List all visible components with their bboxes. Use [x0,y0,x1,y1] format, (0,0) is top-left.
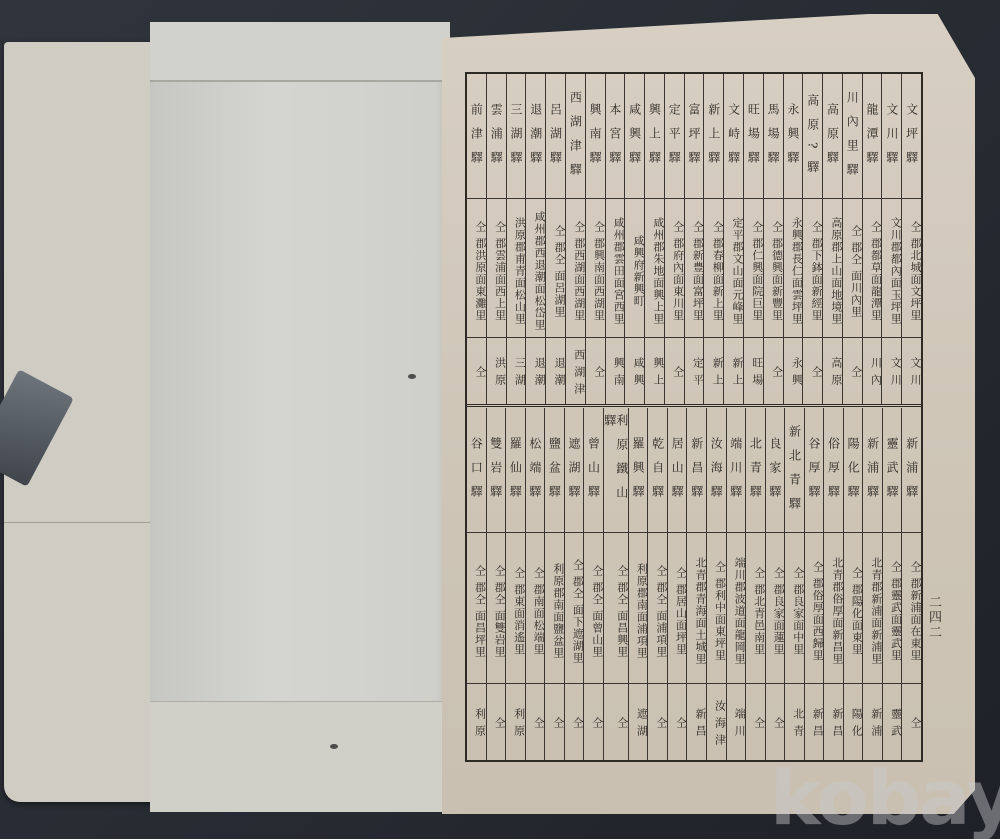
table-column: 旺場驛仝 郡仁興面院巨里旺場 [743,74,763,404]
table-top-section: 文坪驛仝 郡北城面文坪里文川文川驛文川郡都內面玉坪里文川龍潭驛仝 郡都草面龍潭里… [467,74,921,407]
station-remark: 新昌 [687,683,706,760]
station-name: 鹽盆驛 [548,408,560,532]
table-column: 谷口驛仝 郡仝 面昌坪里利原 [467,408,486,760]
ink-spot [330,744,338,749]
station-name: 新上驛 [708,74,720,198]
station-address: 仝 郡新浦面在東里 [902,532,921,683]
table-column: 新上驛仝 郡春柳面新上里新上 [703,74,723,404]
station-name: 前津驛 [470,74,482,198]
station-name: 西湖津驛 [569,74,581,198]
station-name: 富坪驛 [688,74,700,198]
table-column: 西湖津驛仝 郡西湖面西湖里西湖津 [565,74,585,404]
table-column: 新浦驛仝 郡新浦面在東里仝 [901,408,921,760]
table-column: 利原鐵山驛仝 郡仝 面昌興里仝 [603,408,628,760]
watermark: kobay [770,760,1000,836]
station-name: 咸興驛 [629,74,641,198]
table-column: 靈武驛仝 郡靈武面靈武里靈武 [882,408,902,760]
station-name: 雙岩驛 [490,408,502,532]
station-address: 仝 郡德興面新豐里 [764,198,783,337]
station-address: 仝 郡南面松端里 [526,532,545,683]
station-remark: 新昌 [805,683,824,760]
table-column: 谷厚驛仝 郡俗厚面西歸里新昌 [804,408,824,760]
station-name: 文川驛 [886,74,898,198]
station-remark: 仝 [902,683,921,760]
station-name: 雲浦驛 [490,74,502,198]
station-name: 陽化驛 [847,408,859,532]
table-column: 永興驛永興郡長仁面雲坪里永興 [783,74,803,404]
station-address: 定平郡文山面元峰里 [724,198,743,337]
station-address: 仝 郡仝 面昌興里 [604,532,628,683]
station-remark: 遮湖 [629,683,648,760]
station-remark: 靈武 [883,683,902,760]
station-name: 新浦驛 [906,408,918,532]
station-remark: 旺場 [744,337,763,404]
table-column: 新昌驛北青郡青海面土城里新昌 [686,408,706,760]
station-name: 俗厚驛 [828,408,840,532]
station-name: 三湖驛 [510,74,522,198]
station-address: 咸興府新興町 [625,198,644,337]
station-address: 仝 郡仝 面浦項里 [648,532,667,683]
station-address: 仝 郡仝 面雙岩里 [487,532,506,683]
station-remark: 仝 [467,337,486,404]
station-address: 仝 郡仁興面院巨里 [744,198,763,337]
station-address: 仝 郡洪原面東灘里 [467,198,486,337]
table-column: 三湖驛洪原郡甫青面松山里三湖 [506,74,526,404]
station-name: 羅興驛 [632,408,644,532]
left-page-bottom-fold [150,701,450,812]
station-remark: 永興 [784,337,803,404]
station-name: 曾山驛 [588,408,600,532]
station-address: 仝 郡利中面東坪里 [707,532,726,683]
station-name: 谷厚驛 [808,408,820,532]
station-remark: 仝 [665,337,684,404]
station-address: 仝 郡興南面西湖里 [586,198,605,337]
station-address: 咸州郡雲田面宮西里 [606,198,625,337]
station-remark: 仝 [565,683,584,760]
table-column: 文川驛文川郡都內面玉坪里文川 [881,74,901,404]
table-column: 陽化驛仝 郡陽化面東里陽化 [843,408,863,760]
table-column: 雲浦驛仝 郡雲浦面西上里洪原 [486,74,506,404]
station-remark: 仝 [487,683,506,760]
table-bottom-section: 新浦驛仝 郡新浦面在東里仝靈武驛仝 郡靈武面靈武里靈武新浦驛北青郡新浦面新浦里新… [467,408,921,760]
station-remark: 新昌 [824,683,843,760]
station-name: 靈武驛 [886,408,898,532]
table-column: 咸興驛咸興府新興町咸興 [624,74,644,404]
table-column: 北青驛仝 郡北青邑南里仝 [745,408,765,760]
station-address: 仝 郡雲浦面西上里 [487,198,506,337]
station-table: 文坪驛仝 郡北城面文坪里文川文川驛文川郡都內面玉坪里文川龍潭驛仝 郡都草面龍潭里… [465,72,923,762]
station-address: 仝 郡陽化面東里 [844,532,863,683]
table-column: 前津驛仝 郡洪原面東灘里仝 [467,74,486,404]
station-address: 永興郡長仁面雲坪里 [784,198,803,337]
station-address: 咸州郡西退潮面松岱里 [526,198,545,337]
table-column: 新浦驛北青郡新浦面新浦里新浦 [862,408,882,760]
table-column: 羅興驛利原郡南面浦項里遮湖 [628,408,648,760]
station-name: 川內里驛 [846,74,858,198]
table-column: 鹽盆驛利原郡南面鹽盆里仝 [544,408,564,760]
table-column: 良家驛仝 郡良家面蓮里仝 [765,408,785,760]
station-address: 仝 郡良家面蓮里 [766,532,785,683]
left-blank-page [150,22,450,812]
station-name: 興南驛 [589,74,601,198]
station-remark: 仝 [746,683,765,760]
station-remark: 新上 [724,337,743,404]
station-remark: 北青 [785,683,804,760]
table-column: 定平驛仝 郡府內面東川里仝 [664,74,684,404]
station-address: 咸州郡朱地面興上里 [645,198,664,337]
station-remark: 仝 [764,337,783,404]
station-name: 高原驛 [826,74,838,198]
station-remark: 利原 [506,683,525,760]
table-column: 雙岩驛仝 郡仝 面雙岩里仝 [486,408,506,760]
table-column: 興上驛咸州郡朱地面興上里興上 [644,74,664,404]
station-remark: 文川 [902,337,921,404]
station-address: 仝 郡仝 面呂湖里 [546,198,565,337]
station-remark: 咸興 [625,337,644,404]
station-address: 仝 郡仝 面川內里 [843,198,862,337]
station-address: 仝 郡靈武面靈武里 [883,532,902,683]
table-column: 本宮驛咸州郡雲田面宮西里興南 [605,74,625,404]
station-remark: 高原 [823,337,842,404]
station-name: 北青驛 [749,408,761,532]
station-name: 羅仙驛 [509,408,521,532]
station-name: 本宮驛 [609,74,621,198]
station-address: 北青郡俗厚面新昌里 [824,532,843,683]
station-address: 仝 郡都草面龍潭里 [863,198,882,337]
station-name: 永興驛 [787,74,799,198]
station-address: 文川郡都內面玉坪里 [882,198,901,337]
table-column: 俗厚驛北青郡俗厚面新昌里新昌 [823,408,843,760]
station-remark: 定平 [685,337,704,404]
station-name: 定平驛 [668,74,680,198]
station-remark: 退潮 [546,337,565,404]
station-name: 新昌驛 [691,408,703,532]
station-remark: 端川 [727,683,746,760]
station-remark: 三湖 [507,337,526,404]
station-name: 高原?驛 [807,74,819,198]
station-name: 良家驛 [769,408,781,532]
station-remark: 仝 [545,683,564,760]
table-column: 遮湖驛仝 郡仝 面下遮湖里仝 [564,408,584,760]
left-page-top-fold [150,22,450,82]
table-column: 川內里驛仝 郡仝 面川內里仝 [842,74,862,404]
station-address: 仝 郡北城面文坪里 [902,198,921,337]
station-address: 端川郡波道面龍岡里 [727,532,746,683]
table-column: 端川驛端川郡波道面龍岡里端川 [726,408,746,760]
station-address: 北青郡青海面土城里 [687,532,706,683]
station-remark: 川內 [863,337,882,404]
station-address: 仝 郡北青邑南里 [746,532,765,683]
station-remark: 仝 [604,683,628,760]
station-address: 仝 郡新豊面富坪里 [685,198,704,337]
station-name: 馬場驛 [767,74,779,198]
station-name: 興上驛 [648,74,660,198]
station-remark: 仝 [803,337,822,404]
station-name: 利原鐵山驛 [604,408,628,532]
station-name: 乾自驛 [652,408,664,532]
station-address: 仝 郡春柳面新上里 [704,198,723,337]
ink-spot [408,374,416,379]
station-remark: 仝 [766,683,785,760]
station-address: 仝 郡西湖面西湖里 [566,198,585,337]
table-column: 松端驛仝 郡南面松端里仝 [525,408,545,760]
station-address: 高原郡上山面地境里 [823,198,842,337]
table-column: 曾山驛仝 郡仝 面曾山里仝 [583,408,603,760]
station-address: 仝 郡良家面中里 [785,532,804,683]
station-name: 端川驛 [730,408,742,532]
station-name: 龍潭驛 [866,74,878,198]
station-remark: 仝 [526,683,545,760]
station-remark: 仝 [586,337,605,404]
station-remark: 洪原 [487,337,506,404]
station-remark: 新浦 [863,683,882,760]
station-remark: 西湖津 [566,337,585,404]
table-column: 高原驛高原郡上山面地境里高原 [822,74,842,404]
table-column: 文坪驛仝 郡北城面文坪里文川 [901,74,921,404]
station-address: 仝 郡仝 面曾山里 [584,532,603,683]
station-remark: 陽化 [844,683,863,760]
station-address: 仝 郡仝 面下遮湖里 [565,532,584,683]
station-address: 仝 郡東面消遙里 [506,532,525,683]
station-remark: 新上 [704,337,723,404]
station-name: 谷口驛 [470,408,482,532]
table-column: 馬場驛仝 郡德興面新豐里仝 [763,74,783,404]
station-address: 洪原郡甫青面松山里 [507,198,526,337]
station-name: 文峙驛 [728,74,740,198]
station-remark: 興南 [606,337,625,404]
page-number: 二四二 [924,595,943,640]
station-address: 仝 郡府內面東川里 [665,198,684,337]
station-name: 遮湖驛 [568,408,580,532]
station-address: 仝 郡俗厚面西歸里 [805,532,824,683]
table-column: 富坪驛仝 郡新豊面富坪里定平 [684,74,704,404]
table-column: 汝海驛仝 郡利中面東坪里汝海津 [706,408,726,760]
table-column: 居山驛仝 郡居山面坪里仝 [667,408,687,760]
station-remark: 仝 [648,683,667,760]
station-name: 居山驛 [671,408,683,532]
table-column: 呂湖驛仝 郡仝 面呂湖里退潮 [545,74,565,404]
station-name: 文坪驛 [906,74,918,198]
station-name: 新浦驛 [867,408,879,532]
station-name: 汝海驛 [710,408,722,532]
station-name: 松端驛 [529,408,541,532]
table-column: 羅仙驛仝 郡東面消遙里利原 [505,408,525,760]
station-remark: 仝 [668,683,687,760]
table-column: 新北青驛仝 郡良家面中里北青 [784,408,804,760]
station-address: 利原郡南面鹽盆里 [545,532,564,683]
station-remark: 利原 [467,683,486,760]
table-column: 興南驛仝 郡興南面西湖里仝 [585,74,605,404]
station-name: 新北青驛 [788,408,800,532]
table-column: 退潮驛咸州郡西退潮面松岱里退潮 [525,74,545,404]
station-remark: 退潮 [526,337,545,404]
station-address: 仝 郡居山面坪里 [668,532,687,683]
table-column: 文峙驛定平郡文山面元峰里新上 [723,74,743,404]
station-address: 北青郡新浦面新浦里 [863,532,882,683]
station-remark: 仝 [843,337,862,404]
station-remark: 文川 [882,337,901,404]
station-remark: 仝 [584,683,603,760]
station-remark: 汝海津 [707,683,726,760]
table-column: 龍潭驛仝 郡都草面龍潭里川內 [862,74,882,404]
table-column: 乾自驛仝 郡仝 面浦項里仝 [647,408,667,760]
station-address: 仝 郡下鉢面新經里 [803,198,822,337]
station-address: 仝 郡仝 面昌坪里 [467,532,486,683]
station-remark: 興上 [645,337,664,404]
station-name: 退潮驛 [530,74,542,198]
station-name: 旺場驛 [747,74,759,198]
table-column: 高原?驛仝 郡下鉢面新經里仝 [802,74,822,404]
station-name: 呂湖驛 [550,74,562,198]
station-address: 利原郡南面浦項里 [629,532,648,683]
